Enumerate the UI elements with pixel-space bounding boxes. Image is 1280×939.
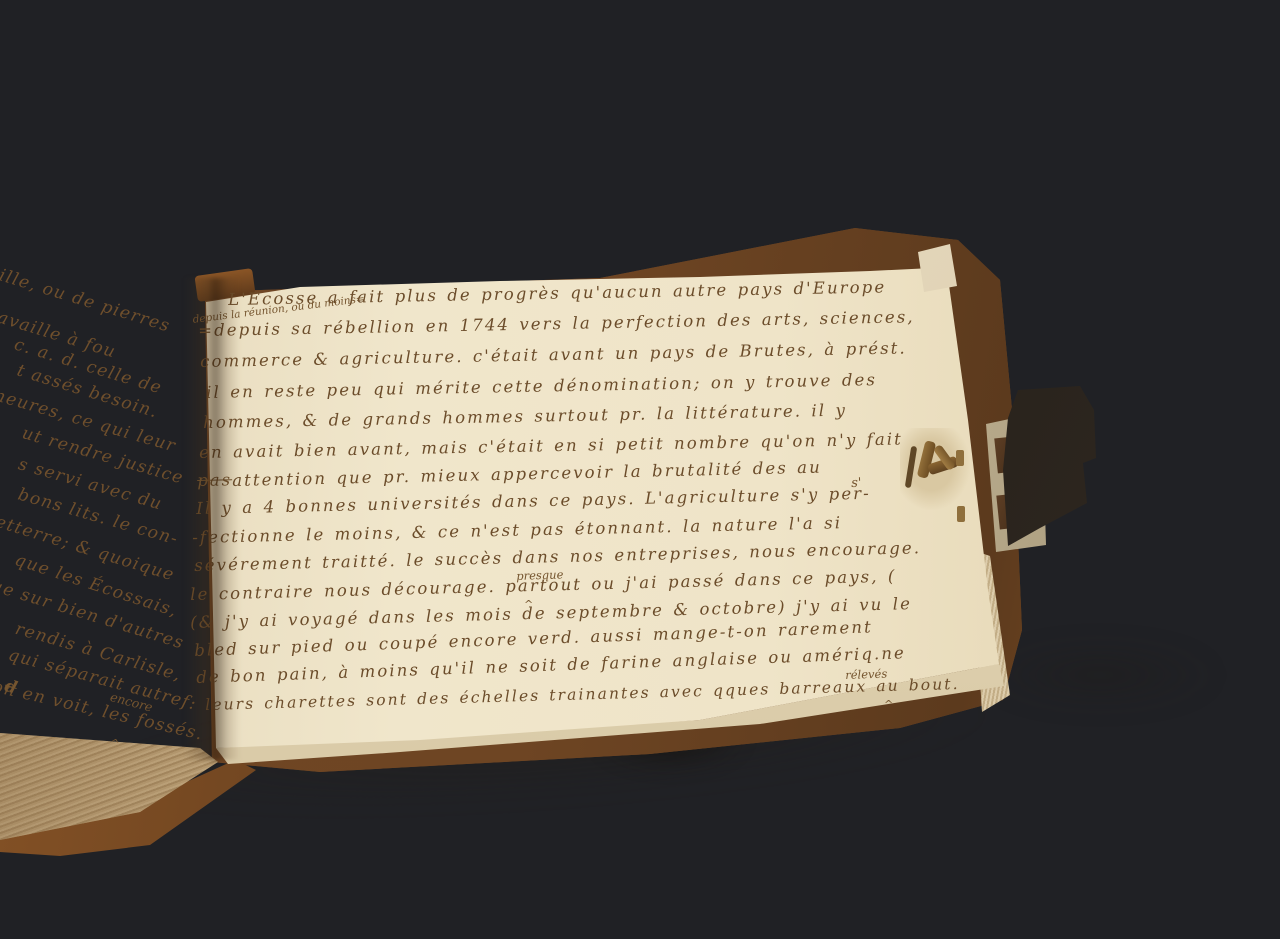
clasp-hinge-loop: [956, 450, 964, 466]
caret-icon: ^: [524, 598, 533, 611]
insertion-releves: rélevés: [845, 667, 887, 682]
photograph: taille, ou de pierrestravaille à fouc. a…: [0, 0, 1280, 939]
s-correction: s': [851, 476, 862, 491]
clasp-hinge-loop: [957, 506, 965, 522]
gutter-fold: [184, 278, 240, 760]
insertion-presque: presque: [516, 567, 564, 583]
caret-icon: ^: [884, 698, 893, 711]
